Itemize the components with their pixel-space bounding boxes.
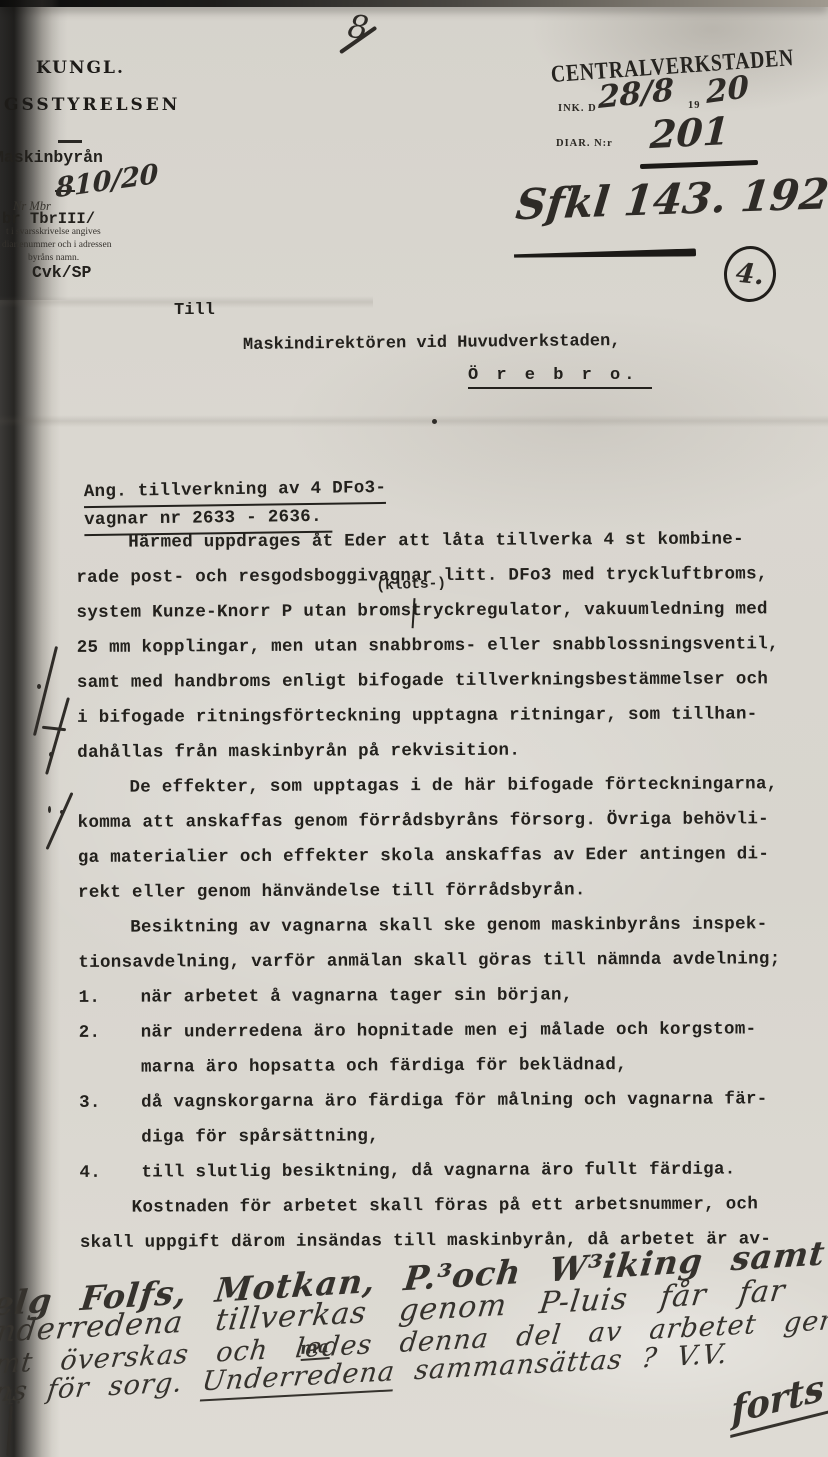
- body-line: i bifogade ritningsförteckning upptagna …: [77, 697, 813, 736]
- body-line-prefix: system Kunze-Knorr P utan broms: [76, 601, 411, 623]
- letterhead-footnote-line-2: diarienummer och i adressen: [2, 240, 111, 250]
- body-line: Härmed uppdrages åt Eder att låta tillve…: [76, 522, 812, 561]
- list-item-2-continuation: marna äro hopsatta och färdiga för beklä…: [79, 1047, 815, 1086]
- list-item-3-continuation: diga för spårsättning,: [79, 1117, 815, 1156]
- letter-body: Härmed uppdrages åt Eder att låta tillve…: [76, 522, 816, 1261]
- paper-crease: [0, 415, 828, 427]
- letterhead-royal-title: KUNGL.: [36, 58, 125, 78]
- body-line-suffix: tryckregulator, vakuumledning med: [411, 599, 768, 621]
- letterhead-board-name: GSSTYRELSEN: [4, 95, 180, 115]
- margin-check-dot: [49, 752, 53, 757]
- body-line: De effekter, som upptagas i de här bifog…: [77, 767, 813, 806]
- interline-insertion: (klots-): [376, 577, 446, 594]
- body-line: samt med handbroms enligt bifogade tillv…: [77, 662, 813, 701]
- list-item-2: 2. när underredena äro hopnitade men ej …: [79, 1012, 815, 1051]
- address-to-label: Till: [174, 301, 215, 320]
- body-line: ga materialier och effekter skola anskaf…: [78, 837, 814, 876]
- body-line: rekt eller genom hänvändelse till förråd…: [78, 872, 814, 911]
- stamp-received-year: 20: [706, 69, 750, 111]
- body-line: dahållas från maskinbyrån på rekvisition…: [77, 732, 813, 771]
- stamp-received-label: INK. D: [558, 103, 597, 114]
- list-item-text: till slutlig besiktning, då vagnarna äro…: [141, 1152, 735, 1190]
- body-line: komma att anskaffas genom förrådsbyråns …: [78, 802, 814, 841]
- body-line-with-insertion: system Kunze-Knorr P utan bromstryckregu…: [76, 592, 812, 631]
- scan-top-edge-shadow: [0, 0, 828, 7]
- diary-number-underline: [640, 160, 758, 169]
- address-recipient: Maskindirektören vid Huvudverkstaden,: [243, 332, 621, 355]
- margin-check-dot: [37, 684, 41, 689]
- handwritten-correction: ma: [299, 1337, 329, 1361]
- circled-document-number: 4.: [721, 243, 779, 304]
- body-line: tionsavdelning, varför anmälan skall gör…: [78, 942, 814, 981]
- letterhead-footnote-line-1: t i svarsskrivelse angives: [6, 227, 101, 237]
- reference-code: br TbrIII/: [2, 210, 95, 228]
- circled-document-number-text: 4.: [734, 257, 765, 291]
- list-item-number: 3.: [79, 1086, 141, 1121]
- body-line: Kostnaden för arbetet skall föras på ett…: [80, 1187, 816, 1226]
- list-item-number: 1.: [78, 981, 140, 1016]
- body-line: Besiktning av vagnarna skall ske genom m…: [78, 907, 814, 946]
- filing-note-handwritten: Sfkl 143. 1920.: [514, 168, 828, 230]
- list-item-number: 4.: [79, 1156, 141, 1191]
- margin-check-dot: [48, 806, 51, 813]
- margin-check-dot: [60, 810, 64, 814]
- letterhead-bureau-name: Maskinbyrån: [0, 148, 103, 167]
- ink-dot: [432, 419, 437, 424]
- filing-note-underline: [514, 248, 696, 259]
- list-item-text: när arbetet å vagnarna tager sin början,: [140, 978, 572, 1015]
- stamp-diary-number: 201: [649, 108, 731, 157]
- stamp-diary-label: DIAR. N:r: [556, 138, 613, 149]
- scanned-letter-page: 8 KUNGL. GSSTYRELSEN Maskinbyrån Nr Mbr …: [0, 0, 828, 1457]
- list-item-4: 4. till slutlig besiktning, då vagnarna …: [79, 1152, 815, 1191]
- list-item-3: 3. då vagnskorgarna äro färdiga för måln…: [79, 1082, 815, 1121]
- body-line: 25 mm kopplingar, men utan snabbroms- el…: [77, 627, 813, 666]
- subject-line-1: Ang. tillverkning av 4 DFo3-: [84, 475, 387, 508]
- letterhead-footnote-line-3: byråns namn.: [28, 253, 79, 263]
- list-item-text: när underredena äro hopnitade men ej mål…: [141, 1012, 757, 1050]
- letterhead-divider: [58, 140, 82, 143]
- office-code: Cvk/SP: [32, 263, 91, 282]
- continuation-mark-forts: forts: [729, 1365, 828, 1438]
- list-item-number: 2.: [79, 1016, 141, 1051]
- stamp-received-date: 28/8: [598, 72, 674, 116]
- address-city: Ö r e b r o.: [468, 366, 652, 389]
- list-item-text: då vagnskorgarna äro färdiga för målning…: [141, 1082, 768, 1120]
- list-item-1: 1. när arbetet å vagnarna tager sin börj…: [78, 977, 814, 1016]
